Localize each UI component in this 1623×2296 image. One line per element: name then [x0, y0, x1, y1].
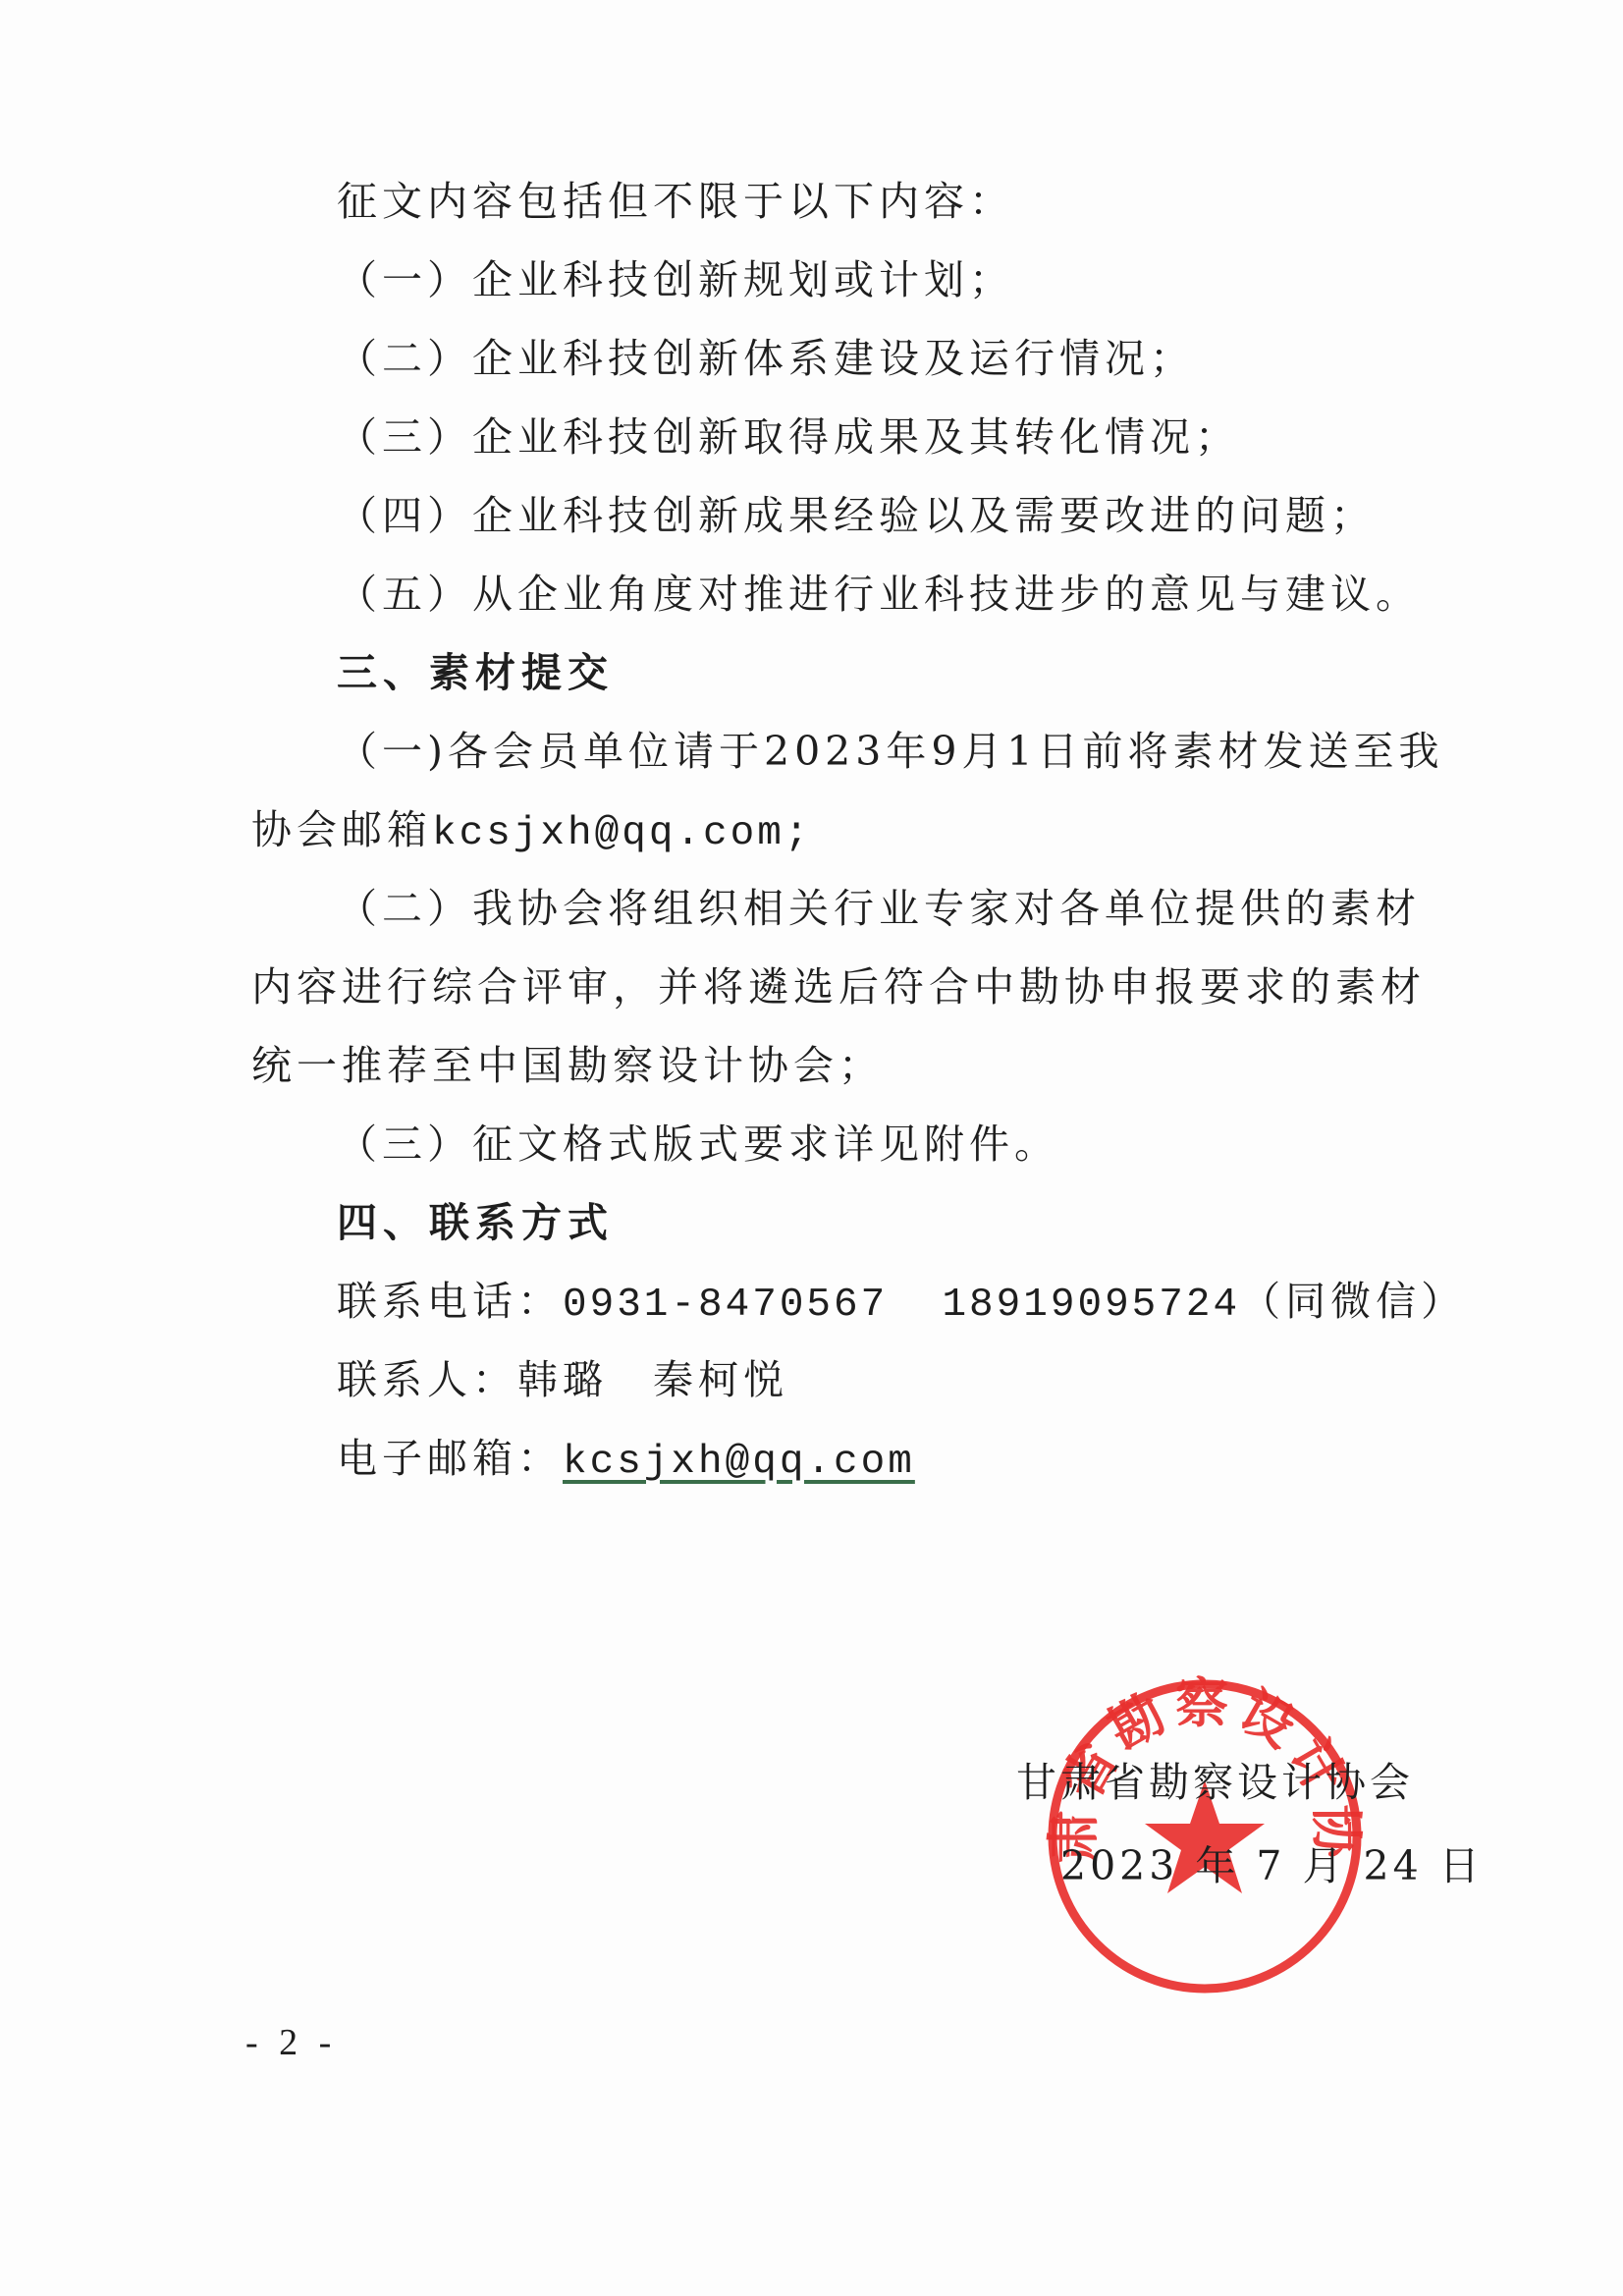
phone-label: 联系电话： [337, 1278, 563, 1325]
section3-item2-line1: （二）我协会将组织相关行业专家对各单位提供的素材 [337, 884, 1421, 933]
section3-email-inline: kcsjxh@qq.com; [432, 811, 811, 856]
contact-names: 韩璐 秦柯悦 [517, 1356, 788, 1403]
content-item-4: （四）企业科技创新成果经验以及需要改进的问题； [337, 491, 1376, 540]
signature-org: 甘肃省勘察设计协会 [1016, 1758, 1414, 1807]
contact-person-line: 联系人：韩璐 秦柯悦 [337, 1355, 788, 1404]
content-item-1: （一）企业科技创新规划或计划； [337, 255, 1014, 304]
signature-date: 2023 年 7 月 24 日 [1060, 1841, 1484, 1890]
phone-note: （同微信） [1240, 1278, 1466, 1325]
section3-item2-line2: 内容进行综合评审，并将遴选后符合中勘协申报要求的素材 [251, 962, 1426, 1011]
section3-heading: 三、素材提交 [337, 648, 614, 697]
content-item-5: （五）从企业角度对推进行业科技进步的意见与建议。 [337, 570, 1421, 619]
section3-item3: （三）征文格式版式要求详见附件。 [337, 1120, 1059, 1169]
section4-heading: 四、联系方式 [337, 1198, 614, 1247]
section3-item1-prefix: 协会邮箱 [251, 806, 432, 853]
section3-item1-line1: （一)各会员单位请于2023年9月1日前将素材发送至我 [337, 727, 1444, 776]
section3-item1-line2: 协会邮箱kcsjxh@qq.com; [251, 805, 811, 858]
email-link[interactable]: kcsjxh@qq.com [563, 1440, 915, 1485]
document-page: 征文内容包括但不限于以下内容： （一）企业科技创新规划或计划； （二）企业科技创… [0, 0, 1623, 2296]
phone-value: 0931-8470567 18919095724 [563, 1283, 1240, 1328]
official-seal-icon: 甘肃省勘察设计协会 [1043, 1674, 1367, 1998]
section3-item2-line3: 统一推荐至中国勘察设计协会； [251, 1041, 884, 1090]
content-item-3: （三）企业科技创新取得成果及其转化情况； [337, 412, 1240, 462]
contact-phone-line: 联系电话：0931-8470567 18919095724（同微信） [337, 1277, 1466, 1330]
contact-email-line: 电子邮箱：kcsjxh@qq.com [337, 1434, 915, 1487]
intro-text: 征文内容包括但不限于以下内容： [337, 177, 1014, 226]
content-item-2: （二）企业科技创新体系建设及运行情况； [337, 334, 1195, 383]
contact-label: 联系人： [337, 1356, 517, 1403]
page-number: - 2 - [245, 2021, 337, 2064]
email-label: 电子邮箱： [337, 1435, 563, 1482]
